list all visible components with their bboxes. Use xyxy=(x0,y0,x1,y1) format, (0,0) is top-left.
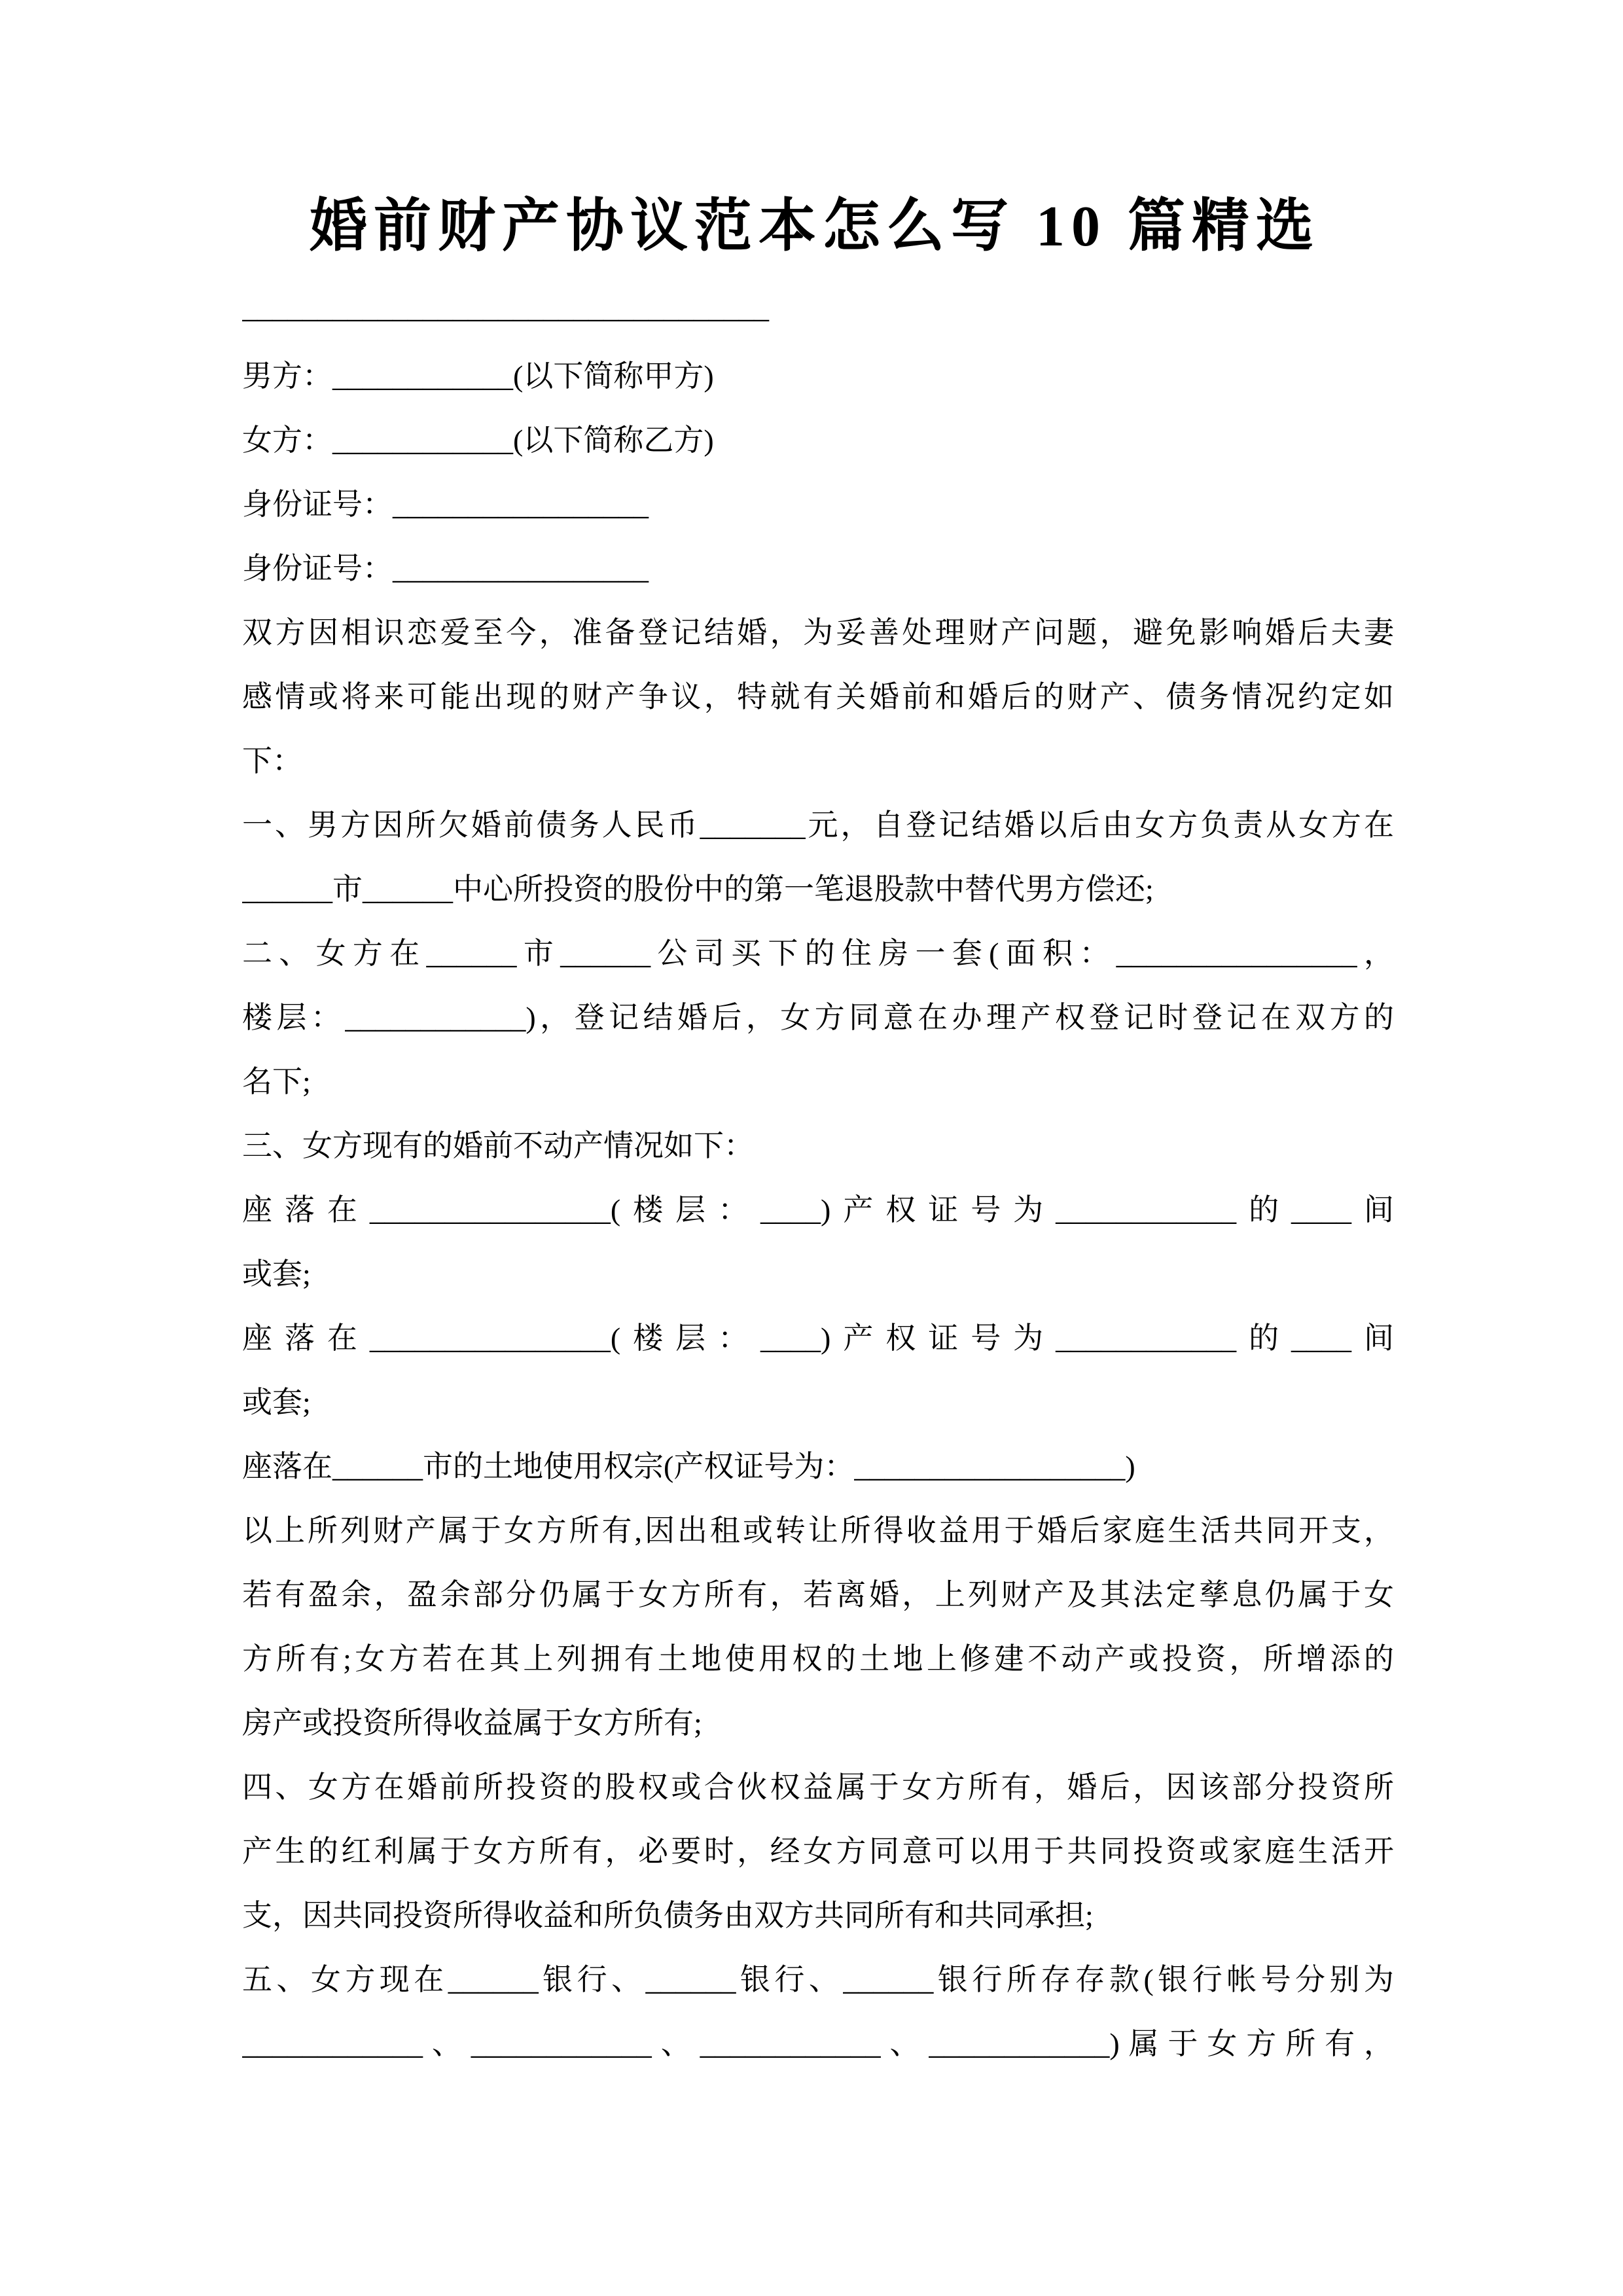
document-page: 婚前财产协议范本怎么写 10 篇精选 _____________________… xyxy=(0,0,1623,2296)
document-line: 方所有;女方若在其上列拥有土地使用权的土地上修建不动产或投资，所增添的 xyxy=(242,1627,1394,1691)
document-line: 座落在________________(楼层：____)产权证号为_______… xyxy=(242,1178,1394,1242)
document-line: 座落在______市的土地使用权宗(产权证号为：________________… xyxy=(242,1435,1394,1499)
document-line: 身份证号：_________________ xyxy=(242,473,1394,537)
document-line: 名下; xyxy=(242,1050,1394,1114)
document-line: ____________、____________、____________、_… xyxy=(242,2012,1394,2076)
document-line: 五、女方现在______银行、______银行、______银行所存存款(银行帐… xyxy=(242,1948,1394,2012)
document-line: 女方：____________(以下简称乙方) xyxy=(242,408,1394,473)
document-line: 感情或将来可能出现的财产争议，特就有关婚前和婚后的财产、债务情况约定如 xyxy=(242,665,1394,729)
document-line: 支，因共同投资所得收益和所负债务由双方共同所有和共同承担; xyxy=(242,1884,1394,1948)
document-line: 若有盈余，盈余部分仍属于女方所有，若离婚，上列财产及其法定孳息仍属于女 xyxy=(242,1563,1394,1627)
title-underline: ___________________________________ xyxy=(242,275,1394,340)
document-line: 座落在________________(楼层：____)产权证号为_______… xyxy=(242,1306,1394,1371)
document-line: 房产或投资所得收益属于女方所有; xyxy=(242,1691,1394,1755)
document-line: 身份证号：_________________ xyxy=(242,537,1394,601)
document-line: 或套; xyxy=(242,1242,1394,1306)
document-line: 或套; xyxy=(242,1371,1394,1435)
document-title: 婚前财产协议范本怎么写 10 篇精选 xyxy=(236,174,1394,280)
document-line: 二、女方在______市______公司买下的住房一套(面积：_________… xyxy=(242,922,1394,986)
document-line: 产生的红利属于女方所有，必要时，经女方同意可以用于共同投资或家庭生活开 xyxy=(242,1820,1394,1884)
document-line: 以上所列财产属于女方所有,因出租或转让所得收益用于婚后家庭生活共同开支， xyxy=(242,1499,1394,1563)
document-line: 下： xyxy=(242,729,1394,793)
document-body: 男方：____________(以下简称甲方) 女方：____________(… xyxy=(242,344,1394,2076)
document-line: 双方因相识恋爱至今，准备登记结婚，为妥善处理财产问题，避免影响婚后夫妻 xyxy=(242,601,1394,665)
document-line: 三、女方现有的婚前不动产情况如下： xyxy=(242,1114,1394,1178)
document-line: 男方：____________(以下简称甲方) xyxy=(242,344,1394,408)
document-line: 一、男方因所欠婚前债务人民币_______元，自登记结婚以后由女方负责从女方在 xyxy=(242,793,1394,857)
document-line: ______市______中心所投资的股份中的第一笔退股款中替代男方偿还; xyxy=(242,857,1394,922)
document-line: 楼层：____________)，登记结婚后，女方同意在办理产权登记时登记在双方… xyxy=(242,986,1394,1050)
document-line: 四、女方在婚前所投资的股权或合伙权益属于女方所有，婚后，因该部分投资所 xyxy=(242,1755,1394,1820)
